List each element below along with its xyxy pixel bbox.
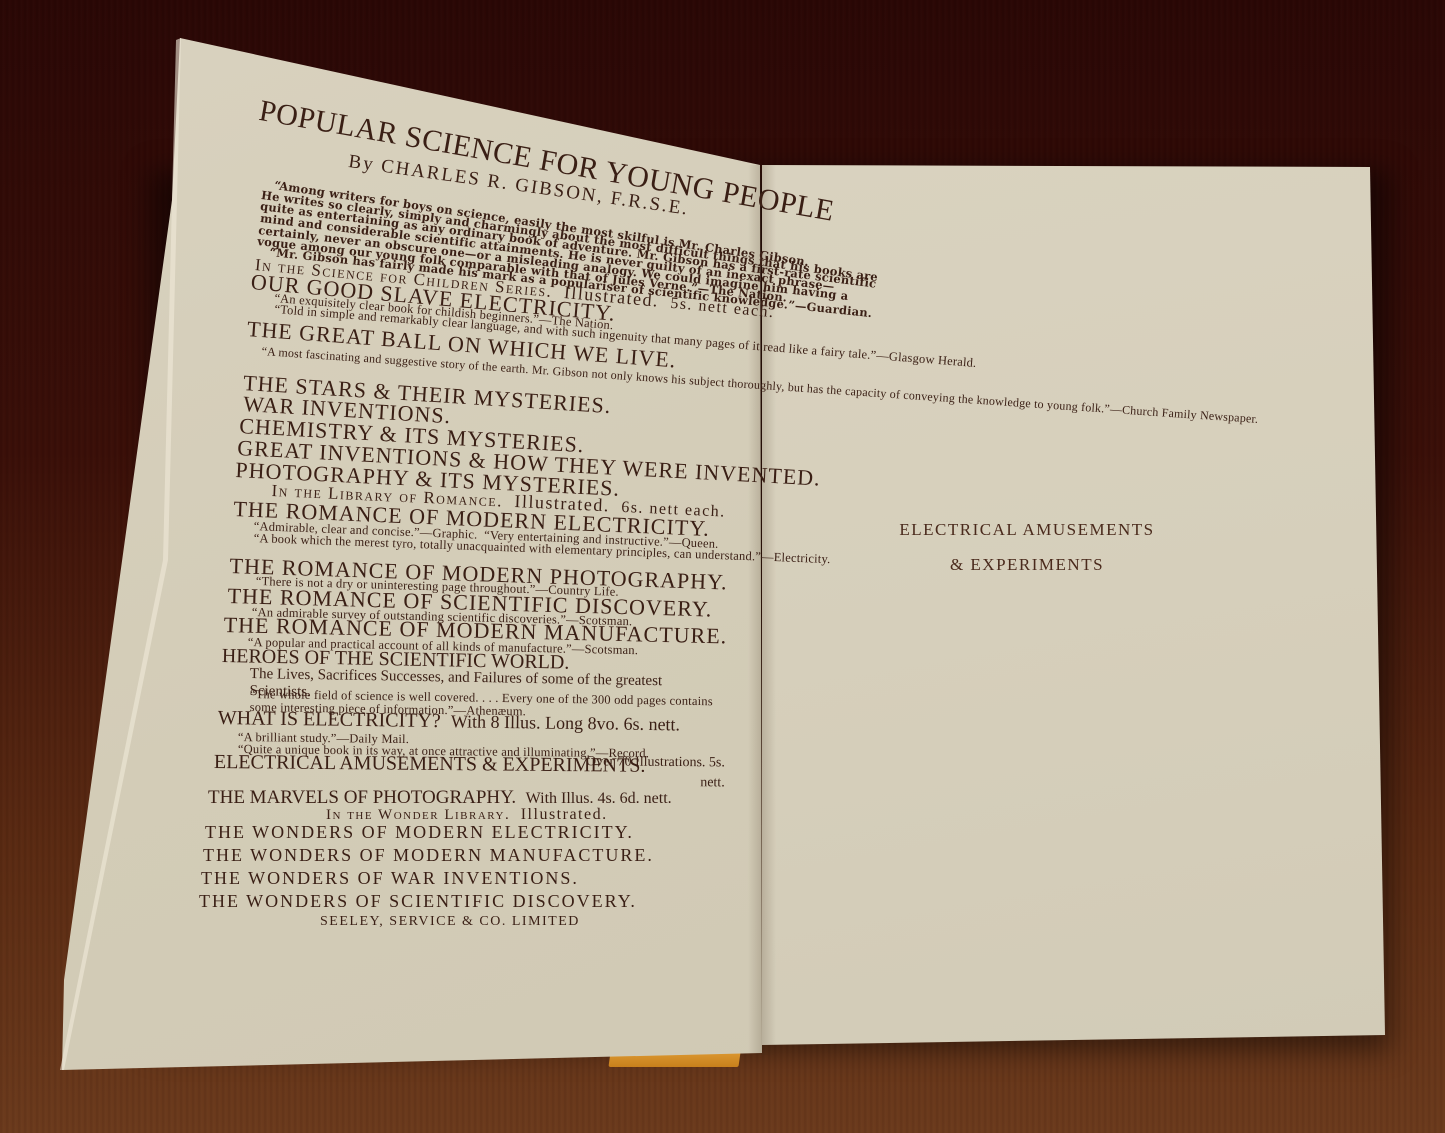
half-title-line-2: & EXPERIMENTS [862, 547, 1192, 582]
book-title: THE WONDERS OF MODERN ELECTRICITY. [205, 823, 634, 841]
half-title-line-1: ELECTRICAL AMUSEMENTS [862, 512, 1192, 547]
publisher-imprint: SEELEY, SERVICE & CO. LIMITED [320, 915, 580, 929]
book-title: THE WONDERS OF MODERN MANUFACTURE. [203, 846, 654, 864]
right-page [762, 165, 1385, 1045]
half-title: ELECTRICAL AMUSEMENTS & EXPERIMENTS [862, 512, 1192, 582]
book-title: THE WONDERS OF SCIENTIFIC DISCOVERY. [199, 892, 637, 910]
series-label: In the Wonder Library. Illustrated. [326, 807, 608, 823]
book-title: THE MARVELS OF PHOTOGRAPHY. With Illus. … [208, 788, 672, 807]
book-title: THE WONDERS OF WAR INVENTIONS. [201, 869, 579, 887]
